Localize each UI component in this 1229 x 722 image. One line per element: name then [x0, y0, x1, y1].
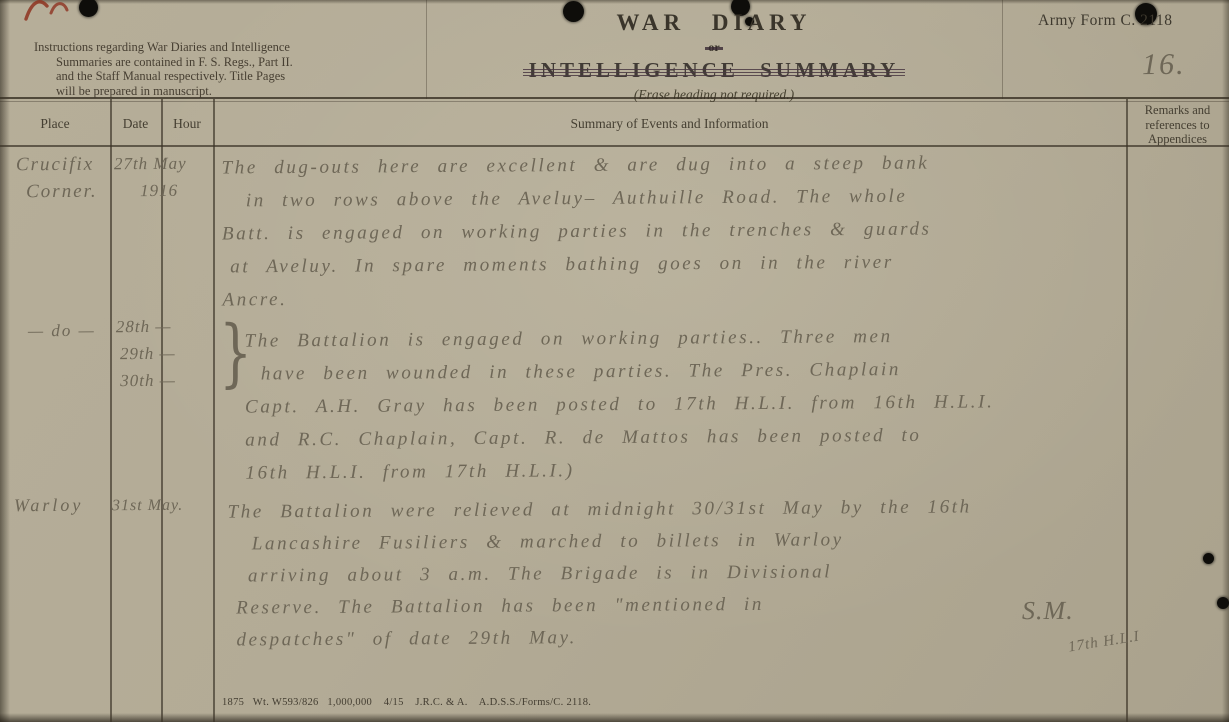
- form-title-block: WAR DIARY or INTELLIGENCE SUMMARY (Erase…: [426, 10, 1002, 103]
- hole-punch-dot: [79, 0, 98, 17]
- summary-line: Reserve. The Battalion has been "mention…: [236, 587, 972, 624]
- handwritten-unit-note: 17th H.L.I: [1067, 628, 1141, 656]
- summary-line: at Aveluy. In spare moments bathing goes…: [230, 246, 932, 284]
- instructions-line: Instructions regarding War Diaries and I…: [34, 40, 293, 55]
- summary-line: Capt. A.H. Gray has been posted to 17th …: [245, 385, 995, 423]
- summary-line: The dug-outs here are excellent & are du…: [221, 147, 931, 185]
- table-top-rule: [0, 97, 1229, 99]
- date-line: 31st May.: [112, 492, 183, 519]
- column-header-summary: Summary of Events and Information: [213, 116, 1126, 132]
- header-divider-line: [426, 0, 427, 99]
- entry-date: 28th — 29th — 30th —: [116, 313, 176, 394]
- date-line: 30th —: [120, 367, 176, 394]
- strikethrough-line: [523, 72, 906, 74]
- remarks-header-line: Remarks and: [1126, 103, 1229, 118]
- scan-edge-shadow-bottom: [0, 713, 1229, 722]
- summary-line: The Battalion were relieved at midnight …: [227, 491, 971, 528]
- summary-line: in two rows above the Aveluy– Authuille …: [246, 180, 932, 218]
- date-line: 27th May: [114, 150, 187, 178]
- ink-blot: [1217, 597, 1229, 609]
- column-header-hour: Hour: [161, 116, 213, 132]
- scan-edge-shadow-top: [0, 0, 1229, 4]
- summary-line: have been wounded in these parties. The …: [261, 352, 995, 390]
- instructions-line: and the Staff Manual respectively. Title…: [56, 69, 293, 84]
- place-line: Warloy: [14, 492, 84, 519]
- place-line: Corner.: [26, 178, 98, 205]
- table-top-rule-echo: [0, 101, 1229, 102]
- printer-imprint: 1875 Wt. W593/826 1,000,000 4/15 J.R.C. …: [222, 697, 591, 708]
- summary-line: The Battalion is engaged on working part…: [244, 319, 994, 357]
- entry-date: 27th May 1916: [114, 150, 187, 205]
- entry-summary: The dug-outs here are excellent & are du…: [221, 147, 932, 317]
- column-header-date: Date: [110, 116, 161, 132]
- entry-summary: The Battalion were relieved at midnight …: [227, 491, 972, 656]
- header-row-rule: [0, 145, 1229, 147]
- column-header-remarks: Remarks and references to Appendices: [1126, 103, 1229, 147]
- entry-date: 31st May.: [112, 492, 183, 519]
- column-rule-summary-remarks: [1126, 99, 1128, 722]
- summary-line: arriving about 3 a.m. The Brigade is in …: [248, 555, 972, 592]
- entry-place: Crucifix Corner.: [16, 151, 98, 206]
- form-instructions: Instructions regarding War Diaries and I…: [34, 40, 293, 98]
- place-line: — do —: [28, 317, 96, 344]
- remarks-header-line: Appendices: [1126, 132, 1229, 147]
- handwritten-page-number: 16.: [1142, 48, 1186, 82]
- date-line: 29th —: [120, 340, 176, 367]
- instructions-line: Summaries are contained in F. S. Regs., …: [56, 55, 293, 70]
- intelligence-summary-struck: INTELLIGENCE SUMMARY: [529, 58, 900, 83]
- summary-line: Lancashire Fusiliers & marched to billet…: [252, 523, 972, 560]
- summary-line: 16th H.L.I. from 17th H.L.I.): [245, 451, 995, 489]
- war-diary-title: WAR DIARY: [426, 10, 1002, 36]
- header-divider-line: [1002, 0, 1003, 99]
- army-form-number: Army Form C. 2118: [1038, 12, 1173, 30]
- ink-blot: [1203, 553, 1214, 564]
- entry-place: — do —: [28, 317, 96, 344]
- place-line: Crucifix: [16, 151, 98, 179]
- date-line: 28th —: [116, 313, 176, 340]
- summary-line: Batt. is engaged on working parties in t…: [222, 213, 932, 251]
- strikethrough-line: [523, 75, 906, 77]
- remarks-header-line: references to: [1126, 118, 1229, 133]
- war-diary-scan-page: Instructions regarding War Diaries and I…: [0, 0, 1229, 722]
- entry-place: Warloy: [14, 492, 84, 519]
- date-line: 1916: [140, 177, 187, 204]
- handwritten-signature: S.M.: [1022, 596, 1074, 626]
- strikethrough-line: [523, 69, 906, 71]
- instructions-line: will be prepared in manuscript.: [56, 84, 293, 99]
- red-ink-mark: [20, 0, 72, 25]
- summary-line: and R.C. Chaplain, Capt. R. de Mattos ha…: [245, 418, 995, 456]
- scan-edge-shadow-left: [0, 0, 10, 722]
- summary-line: Ancre.: [222, 279, 932, 317]
- struck-or-word: or: [708, 40, 719, 55]
- column-rule-hour-summary: [213, 99, 215, 722]
- column-header-place: Place: [0, 116, 110, 132]
- entry-summary: The Battalion is engaged on working part…: [244, 319, 995, 489]
- column-rule-place-date: [110, 99, 112, 722]
- summary-line: despatches" of date 29th May.: [236, 619, 972, 656]
